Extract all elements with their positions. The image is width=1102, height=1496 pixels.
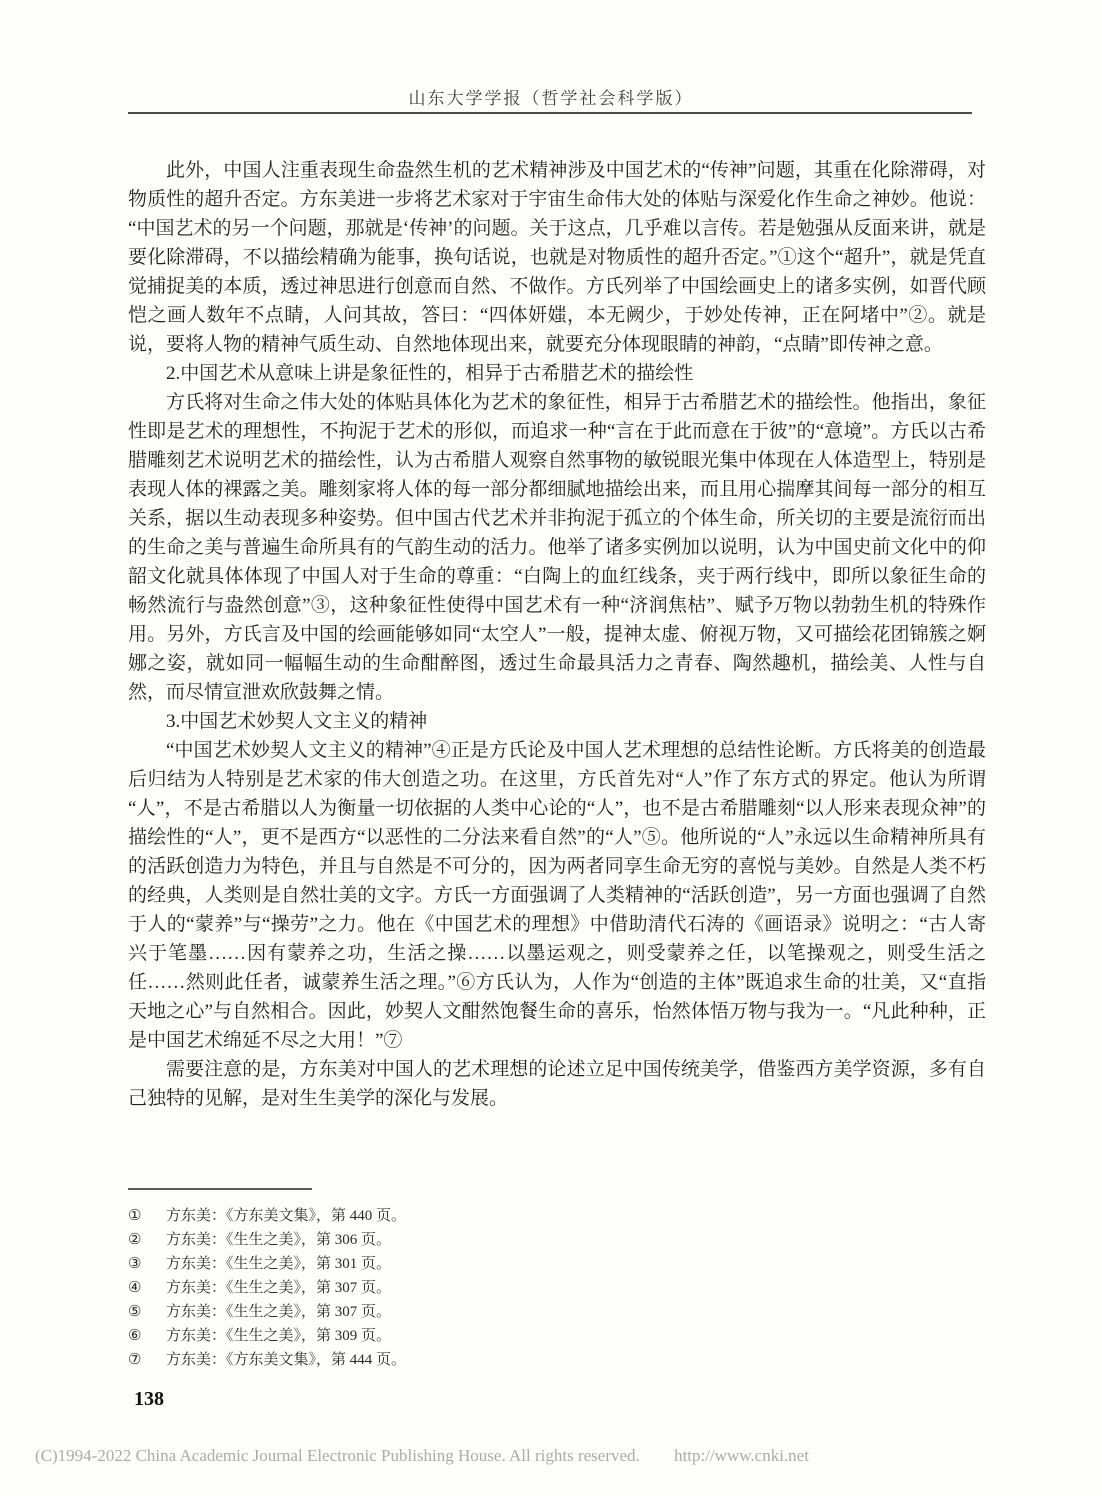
footnote-item: ⑦ 方东美：《方东美文集》，第 444 页。 [128, 1348, 986, 1372]
section-heading-3: 3.中国艺术妙契人文主义的精神 [128, 707, 986, 736]
footnote-divider [128, 1188, 312, 1190]
footnote-text: 方东美：《生生之美》，第 301 页。 [166, 1252, 986, 1276]
footnote-item: ④ 方东美：《生生之美》，第 307 页。 [128, 1276, 986, 1300]
footnote-item: ⑥ 方东美：《生生之美》，第 309 页。 [128, 1324, 986, 1348]
footnote-text: 方东美：《生生之美》，第 307 页。 [166, 1276, 986, 1300]
footnote-marker: ⑤ [128, 1300, 166, 1324]
footnote-text: 方东美：《生生之美》，第 309 页。 [166, 1324, 986, 1348]
footnote-item: ② 方东美：《生生之美》，第 306 页。 [128, 1228, 986, 1252]
footnote-marker: ③ [128, 1252, 166, 1276]
section-heading-2: 2.中国艺术从意味上讲是象征性的，相异于古希腊艺术的描绘性 [128, 359, 986, 388]
paragraph-transmitting-spirit: 此外，中国人注重表现生命盎然生机的艺术精神涉及中国艺术的“传神”问题，其重在化除… [128, 156, 986, 359]
copyright-footer: (C)1994-2022 China Academic Journal Elec… [35, 1446, 1065, 1466]
footnotes-list: ① 方东美：《方东美文集》，第 440 页。 ② 方东美：《生生之美》，第 30… [128, 1204, 986, 1372]
footnote-text: 方东美：《生生之美》，第 306 页。 [166, 1228, 986, 1252]
copyright-text: (C)1994-2022 China Academic Journal Elec… [35, 1446, 640, 1465]
journal-page: 山东大学学报（哲学社会科学版） 此外，中国人注重表现生命盎然生机的艺术精神涉及中… [0, 0, 1102, 1496]
article-body: 此外，中国人注重表现生命盎然生机的艺术精神涉及中国艺术的“传神”问题，其重在化除… [128, 156, 986, 1113]
footnote-text: 方东美：《方东美文集》，第 440 页。 [166, 1204, 986, 1228]
footnote-text: 方东美：《生生之美》，第 307 页。 [166, 1300, 986, 1324]
footnote-marker: ⑥ [128, 1324, 166, 1348]
paragraph-conclusion: 需要注意的是，方东美对中国人的艺术理想的论述立足中国传统美学，借鉴西方美学资源，… [128, 1055, 986, 1113]
page-number: 138 [134, 1388, 164, 1411]
footnote-marker: ① [128, 1204, 166, 1228]
footnote-item: ③ 方东美：《生生之美》，第 301 页。 [128, 1252, 986, 1276]
footnote-item: ⑤ 方东美：《生生之美》，第 307 页。 [128, 1300, 986, 1324]
footnote-item: ① 方东美：《方东美文集》，第 440 页。 [128, 1204, 986, 1228]
footnote-marker: ⑦ [128, 1348, 166, 1372]
cnki-url-link[interactable]: http://www.cnki.net [674, 1446, 809, 1465]
footnote-text: 方东美：《方东美文集》，第 444 页。 [166, 1348, 986, 1372]
paragraph-humanism: “中国艺术妙契人文主义的精神”④正是方氏论及中国人艺术理想的总结性论断。方氏将美… [128, 736, 986, 1055]
footnote-marker: ② [128, 1228, 166, 1252]
journal-title: 山东大学学报（哲学社会科学版） [0, 84, 1102, 109]
footnote-marker: ④ [128, 1276, 166, 1300]
header-divider [128, 112, 972, 114]
paragraph-symbolism: 方氏将对生命之伟大处的体贴具体化为艺术的象征性，相异于古希腊艺术的描绘性。他指出… [128, 388, 986, 707]
